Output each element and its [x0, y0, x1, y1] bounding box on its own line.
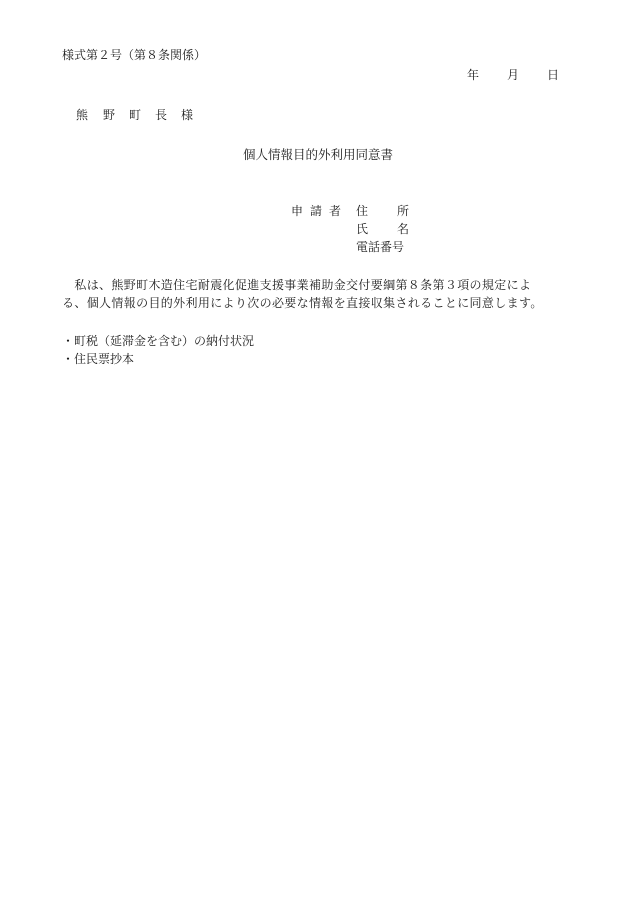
document-title: 個人情報目的外利用同意書	[243, 148, 393, 162]
phone-label: 電話番号	[356, 240, 404, 254]
list-item: ・住民票抄本	[62, 352, 134, 366]
address-label-b: 所	[397, 204, 409, 218]
name-label-b: 名	[397, 222, 409, 236]
date-year: 年	[467, 68, 479, 82]
date-month: 月	[507, 68, 519, 82]
applicant-label-char: 者	[329, 204, 341, 218]
date-day: 日	[547, 68, 559, 82]
addressee-char: 野	[103, 108, 115, 122]
body-line-2: る、個人情報の目的外利用により次の必要な情報を直接収集されることに同意します。	[62, 296, 543, 310]
form-number: 様式第２号（第８条関係）	[62, 48, 206, 62]
addressee-char: 様	[181, 108, 193, 122]
applicant-label-char: 申	[291, 204, 303, 218]
applicant-label-char: 請	[310, 204, 322, 218]
address-label-a: 住	[356, 204, 368, 218]
body-line-1: 私は、熊野町木造住宅耐震化促進支援事業補助金交付要綱第８条第３項の規定によ	[62, 278, 531, 292]
addressee-char: 熊	[76, 108, 88, 122]
name-label-a: 氏	[356, 222, 368, 236]
list-item: ・町税（延滞金を含む）の納付状況	[62, 334, 254, 348]
addressee-char: 長	[155, 108, 167, 122]
addressee-char: 町	[129, 108, 141, 122]
